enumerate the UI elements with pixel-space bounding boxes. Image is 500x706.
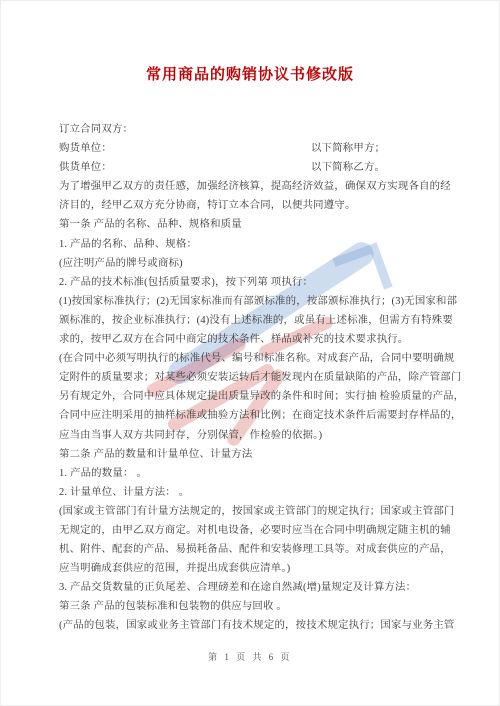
body-line: (国家或主管部门有计量方法规定的，按国家或主管部门的规定执行；国家或主管部门 (59, 502, 445, 521)
body-line: 2. 产品的技术标准(包括质量要求)，按下列第 项执行： (59, 273, 445, 292)
seller-line: 供货单位： 以下简称乙方。 (59, 158, 445, 177)
seller-alias: 以下简称乙方。 (311, 158, 385, 177)
body-line: 1. 产品的名称、品种、规格： (59, 235, 445, 254)
body-line: (在合同中必须写明执行的标准代号、编号和标准名称。对成套产品，合同中要明确规 (59, 349, 445, 368)
parties-intro-text: 订立合同双方： (59, 124, 133, 135)
page-number: 第 1 页 共 6 页 (1, 650, 499, 663)
body-line: 合同中应注明采用的抽样标准或抽验方法和比例；在商定技术条件后需要封存样品的， (59, 406, 445, 425)
body-line: 机、附件、配套的产品、易损耗备品、配件和安装修理工具等。对成套供应的产品， (59, 540, 445, 559)
parties-intro-line: 订立合同双方： (59, 120, 445, 139)
section-heading: 第三条 产品的包装标准和包装物的供应与回收 。 (59, 597, 445, 616)
body-line: (产品的包装，国家或业务主管部门有技术规定的，按技术规定执行；国家与业务主管 (59, 616, 445, 635)
body-line: 无规定的，由甲乙双方商定。对机电设备，必要时应当在合同中明确规定随主机的辅 (59, 521, 445, 540)
body-line: 定附件的质量要求；对某些必须安装运转后才能发现内在质量缺陷的产品，除产管部门 (59, 368, 445, 387)
body-line: 应当由当事人双方共同封存，分别保管，作检验的依据。) (59, 426, 445, 445)
body-line: 济目的，经甲乙双方充分协商，特订立本合同，以便共同遵守。 (59, 196, 445, 215)
body-line: 颁标准的，按企业标准执行；(4)没有上述标准的，或虽有上述标准，但需方有特殊要 (59, 311, 445, 330)
buyer-label: 购货单位： (59, 143, 112, 154)
buyer-alias: 以下简称甲方； (311, 139, 385, 158)
document-body: 订立合同双方： 购货单位： 以下简称甲方； 供货单位： 以下简称乙方。 为了增强… (59, 120, 445, 636)
body-line: 另有规定外，合同中应具体规定提出质量异改的条件和时间；实行抽 检验质量的产品， (59, 387, 445, 406)
body-line: 求的，按甲乙双方在合同中商定的技术条件、样品或补充的技术要求执行。 (59, 330, 445, 349)
document-title: 常用商品的购销协议书修改版 (1, 63, 499, 84)
body-line: 为了增强甲乙双方的责任感，加强经济核算，提高经济效益，确保双方实现各自的经 (59, 177, 445, 196)
body-line: 2. 计量单位、计量方法： 。 (59, 483, 445, 502)
section-heading: 第一条 产品的名称、品种、规格和质量 (59, 215, 445, 234)
body-line: (1)按国家标准执行；(2)无国家标准而有部颁标准的，按部颁标准执行；(3)无国… (59, 292, 445, 311)
body-line: 1. 产品的数量： 。 (59, 464, 445, 483)
body-line: 3. 产品交货数量的正负尾差、合理磅差和在途自然减(增)量规定及计算方法： (59, 578, 445, 597)
body-line: 应当明确成套供应的范围，并提出成套供应清单。) (59, 559, 445, 578)
buyer-line: 购货单位： 以下简称甲方； (59, 139, 445, 158)
body-line: (应注明产品的牌号或商标) (59, 254, 445, 273)
seller-label: 供货单位： (59, 162, 112, 173)
document-page: 常用商品的购销协议书修改版 订立合同双方： 购货单位： 以下简称甲方； 供货单位… (0, 0, 500, 706)
section-heading: 第二条 产品的数量和计量单位、计量方法 (59, 445, 445, 464)
